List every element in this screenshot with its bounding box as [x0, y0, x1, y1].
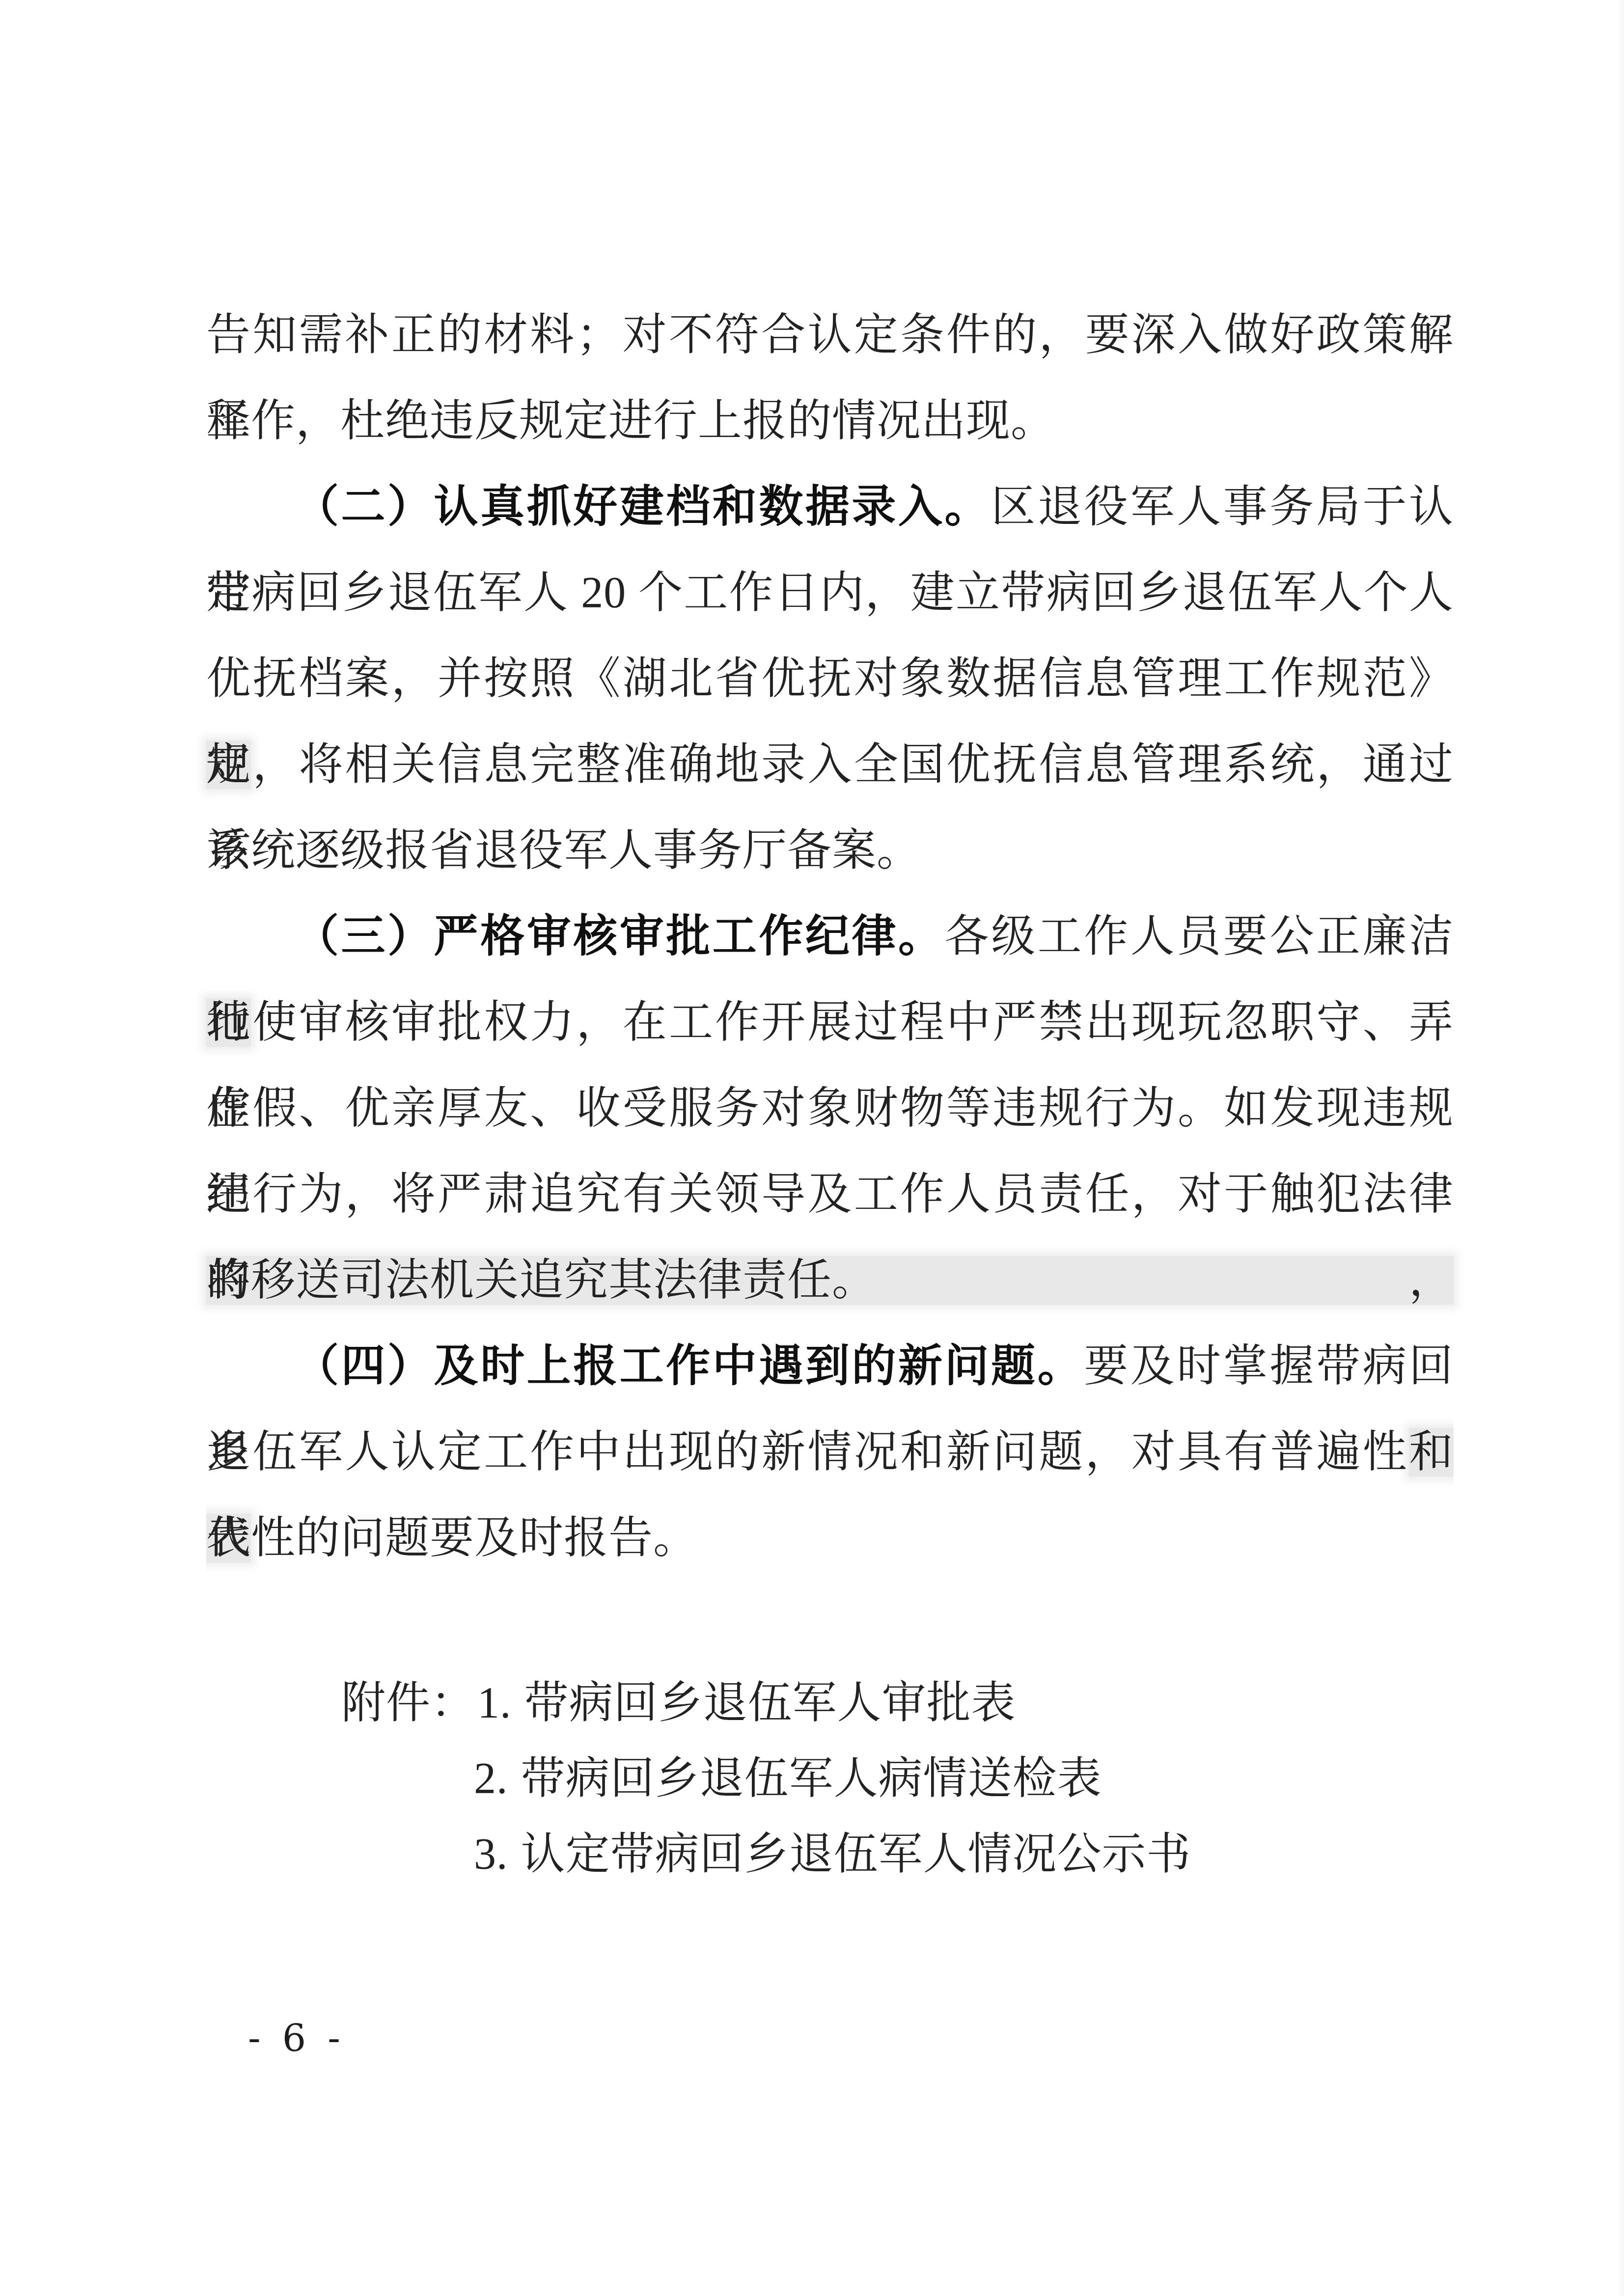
- text-line: 定，将相关信息完整准确地录入全国优抚信息管理系统，通过该: [206, 722, 1454, 808]
- text-line: 系统逐级报省退役军人事务厅备案。: [206, 808, 1454, 894]
- text-line: 优抚档案，并按照《湖北省优抚对象数据信息管理工作规范》规: [206, 636, 1454, 722]
- heading-text: （四）及时上报工作中遇到的新问题。: [295, 1342, 1084, 1391]
- attachment-title: 带病回乡退伍军人审批表: [524, 1679, 1016, 1727]
- text-line: 工作，杜绝违反规定进行上报的情况出现。: [206, 378, 1454, 464]
- attachment-number: 2.: [474, 1754, 508, 1803]
- body-text: 将移送司法机关追究其法律责任。: [206, 1256, 877, 1305]
- text-line: 告知需补正的材料；对不符合认定条件的，要深入做好政策解释: [206, 292, 1454, 378]
- body-text: 退伍军人认定工作中出现的新情况和新问题，对具有普遍性: [206, 1428, 1409, 1476]
- heading-text: （二）认真抓好建档和数据录入。: [295, 483, 991, 531]
- text-line: （三）严格审核审批工作纪律。各级工作人员要公正廉洁地: [206, 894, 1454, 980]
- text-line: 退伍军人认定工作中出现的新情况和新问题，对具有普遍性和代: [206, 1409, 1454, 1495]
- text-line: 行使审核审批权力，在工作开展过程中严禁出现玩忽职守、弄虚: [206, 980, 1454, 1066]
- page-number: - 6 -: [248, 2016, 345, 2060]
- body-text: 优抚档案，并按照《湖北省优抚对象数据信息管理工作规范》: [206, 655, 1454, 703]
- body-text: 纪行为，将严肃追究有关领导及工作人员责任，对于触犯法律: [206, 1170, 1454, 1219]
- attachments-label: 附件：: [341, 1679, 475, 1727]
- text-line: 作假、优亲厚友、收受服务对象财物等违规行为。如发现违规违: [206, 1066, 1454, 1151]
- text-line: 带病回乡退伍军人 20 个工作日内，建立带病回乡退伍军人个人: [206, 550, 1454, 636]
- text-line: （四）及时上报工作中遇到的新问题。要及时掌握带病回乡: [206, 1323, 1454, 1409]
- body-text: 各级工作人员要公正廉洁: [945, 912, 1454, 961]
- attachment-item: 2.带病回乡退伍军人病情送检表: [474, 1741, 1454, 1817]
- body-text: 系统逐级报省退役军人事务厅备案。: [206, 826, 921, 875]
- body-text: 表性的问题要及时报告。: [206, 1514, 698, 1562]
- document-body: 告知需补正的材料；对不符合认定条件的，要深入做好政策解释工作，杜绝违反规定进行上…: [206, 292, 1454, 1581]
- document-page: 告知需补正的材料；对不符合认定条件的，要深入做好政策解释工作，杜绝违反规定进行上…: [0, 0, 1624, 2296]
- body-text: 带病回乡退伍军人 20 个工作日内，建立带病回乡退伍军人个人: [206, 569, 1454, 617]
- text-line: （二）认真抓好建档和数据录入。区退役军人事务局于认定: [206, 464, 1454, 550]
- text-line: 表性的问题要及时报告。: [206, 1495, 1454, 1581]
- body-text: 工作，杜绝违反规定进行上报的情况出现。: [206, 397, 1055, 445]
- attachment-number: 1.: [477, 1679, 512, 1727]
- attachment-number: 3.: [474, 1830, 508, 1879]
- attachment-title: 带病回乡退伍军人病情送检表: [521, 1754, 1102, 1803]
- heading-text: （三）严格审核审批工作纪律。: [295, 912, 945, 961]
- attachment-item: 附件：1.带病回乡退伍军人审批表: [341, 1666, 1454, 1741]
- attachment-item: 3.认定带病回乡退伍军人情况公示书: [474, 1817, 1454, 1892]
- attachment-title: 认定带病回乡退伍军人情况公示书: [521, 1830, 1191, 1879]
- text-line: 纪行为，将严肃追究有关领导及工作人员责任，对于触犯法律的，: [206, 1151, 1454, 1237]
- attachments-block: 附件：1.带病回乡退伍军人审批表2.带病回乡退伍军人病情送检表3.认定带病回乡退…: [206, 1666, 1454, 1892]
